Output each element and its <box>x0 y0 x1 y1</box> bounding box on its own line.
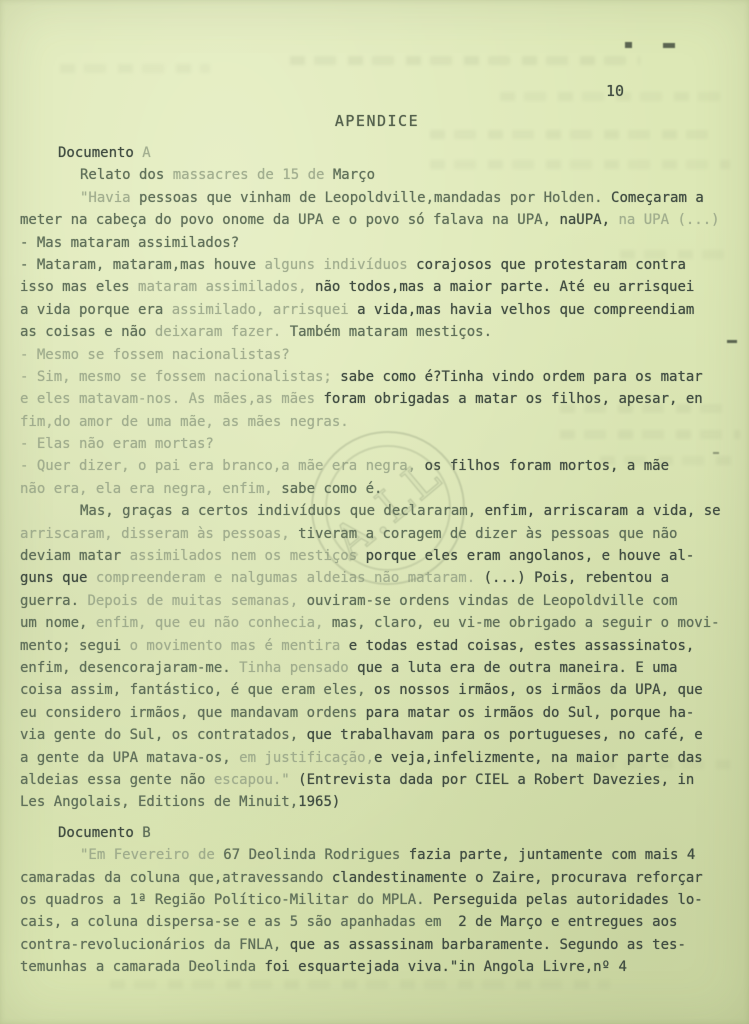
text-line: contra-revolucionários da FNLA, que as a… <box>20 934 734 956</box>
text-segment: sabe como é?Tinha vindo ordem para os ma… <box>340 369 702 385</box>
text-line: Mas, graças a certos indivíduos que decl… <box>20 500 734 522</box>
text-line: - Elas não eram mortas? <box>20 433 734 455</box>
text-line: temunhas a camarada Deolinda foi esquart… <box>20 956 734 978</box>
text-segment: arriscaram, disseram às pessoas, <box>20 526 298 542</box>
text-segment: e todas estad coisas, estes assassinatos… <box>349 638 695 654</box>
text-segment: isso mas eles <box>20 279 138 295</box>
text-segment: as coisas e não <box>20 324 155 340</box>
text-line: Documento A <box>20 142 734 164</box>
text-segment: que trabalhavam para os portugueses, no … <box>307 727 703 743</box>
bleed-through-mark <box>60 64 210 73</box>
text-segment: assimilado, arrisquei <box>172 302 357 318</box>
text-segment: compreenderam e nalgumas aldeias não mat… <box>96 570 484 586</box>
text-segment: a vida,mas havia velhos que compreendiam <box>357 302 694 318</box>
text-segment: os quadros a 1ª Região Político-Militar … <box>20 892 433 908</box>
text-segment: 2 de Março e entregues aos <box>458 914 677 930</box>
text-line: um nome, enfim, que eu não conhecia, mas… <box>20 612 734 634</box>
text-line: "Em Fevereiro de 67 Deolinda Rodrigues f… <box>20 844 734 866</box>
text-segment: um nome, <box>20 615 96 631</box>
text-line: e eles matavam-nos. As mães,as mães fora… <box>20 388 734 410</box>
text-line: coisa assim, fantástico, é que eram eles… <box>20 679 734 701</box>
text-line: a gente da UPA matava-os, em justificaçã… <box>20 747 734 769</box>
page-title: APENDICE <box>20 112 734 130</box>
text-segment: mas, claro, eu vi-me obrigado a seguir o… <box>332 615 720 631</box>
text-line: arriscaram, disseram às pessoas, tiveram… <box>20 523 734 545</box>
text-line: aldeias essa gente não escapou." (Entrev… <box>20 769 734 791</box>
text-line: - Mataram, mataram,mas houve alguns indi… <box>20 254 734 276</box>
text-segment: Começaram a <box>611 190 704 206</box>
text-line: eu considero irmãos, que mandavam ordens… <box>20 702 734 724</box>
text-segment: Também mataram mestiços. <box>290 324 492 340</box>
text-segment: A <box>142 145 150 161</box>
bleed-through-mark <box>110 980 610 989</box>
text-segment: foi esquartejada viva."in Angola Livre,n… <box>264 959 626 975</box>
text-segment: - Sim, mesmo se fossem nacionalistas; <box>20 369 340 385</box>
text-segment: foram obrigadas a matar os filhos, apesa… <box>323 391 702 407</box>
text-segment: fazia parte, juntamente com mais 4 <box>409 847 696 863</box>
text-line: "Havia pessoas que vinham de Leopoldvill… <box>20 187 734 209</box>
document-lines: Documento ARelato dos massacres de 15 de… <box>20 142 734 978</box>
text-segment: aldeias essa gente não <box>20 772 214 788</box>
text-segment: Documento <box>58 145 142 161</box>
text-segment: camaradas da coluna que,atravessando <box>20 870 332 886</box>
text-segment: alguns indivíduos <box>264 257 416 273</box>
text-segment: Março <box>333 167 375 183</box>
text-segment: corajosos que protestaram contra <box>416 257 686 273</box>
ink-speck <box>625 42 632 48</box>
text-segment: não todos,mas a maior parte. Até eu arri… <box>315 279 694 295</box>
text-segment: enfim, desencorajaram-me. <box>20 660 239 676</box>
text-segment: - Elas não eram mortas? <box>20 436 214 452</box>
text-segment: deviam matar <box>20 548 130 564</box>
text-segment: na UPA (...) <box>618 212 719 228</box>
text-line: os quadros a 1ª Região Político-Militar … <box>20 889 734 911</box>
text-segment: escapou." <box>214 772 298 788</box>
text-segment: os filhos foram mortos, a mãe <box>425 458 669 474</box>
text-segment: os nossos irmãos, os irmãos da UPA, que <box>374 682 703 698</box>
text-segment: B <box>142 825 150 841</box>
text-segment: clandestinamente o Zaire, procurava refo… <box>332 870 703 886</box>
text-segment: que as assassinam barbaramente. Segundo … <box>290 937 686 953</box>
text-line: Les Angolais, Editions de Minuit,1965) <box>20 791 734 813</box>
text-line: as coisas e não deixaram fazer. Também m… <box>20 321 734 343</box>
text-segment: assimilados nem os mestiços <box>130 548 366 564</box>
text-line: deviam matar assimilados nem os mestiços… <box>20 545 734 567</box>
text-segment: 67 Deolinda Rodrigues <box>223 847 408 863</box>
text-segment: - Mas mataram assimilados? <box>20 235 239 251</box>
text-segment: e eles matavam-nos. As mães,as mães <box>20 391 323 407</box>
text-segment: (Entrevista dada por CIEL a Robert Davez… <box>298 772 694 788</box>
text-line: cais, a coluna dispersa-se e as 5 são ap… <box>20 911 734 933</box>
text-segment: que a luta era de outra maneira. E uma <box>357 660 677 676</box>
page-number: 10 <box>606 82 624 100</box>
text-segment: em justificação, <box>239 750 374 766</box>
text-line: enfim, desencorajaram-me. Tinha pensado … <box>20 657 734 679</box>
document-page: 10 APENDICE Documento ARelato dos massac… <box>0 0 749 1024</box>
text-segment: Les Angolais, Editions de Minuit, <box>20 794 298 810</box>
text-segment: Mas, graças a certos indivíduos que decl… <box>80 503 485 519</box>
text-segment: ouviram-se ordens vindas de Leopoldville… <box>307 593 678 609</box>
text-segment: massacres de 15 de <box>173 167 333 183</box>
text-segment: pessoas que vinham de Leopoldville,manda… <box>139 190 611 206</box>
text-segment: 1965) <box>298 794 340 810</box>
text-segment: enfim, que eu não conhecia, <box>96 615 332 631</box>
ink-speck <box>663 43 675 48</box>
text-segment: para matar os irmãos do Sul, porque ha- <box>366 705 695 721</box>
document-content: APENDICE Documento ARelato dos massacres… <box>20 112 734 978</box>
text-line: fim,do amor de uma mãe, as mães negras. <box>20 411 734 433</box>
text-line: - Sim, mesmo se fossem nacionalistas; sa… <box>20 366 734 388</box>
text-segment: o movimento mas é mentira <box>130 638 349 654</box>
text-segment: a gente da UPA matava-os, <box>20 750 239 766</box>
text-segment: (...) Pois, rebentou a <box>484 570 669 586</box>
text-segment: Perseguida pelas autoridades lo- <box>433 892 703 908</box>
text-segment: "Havia <box>80 190 139 206</box>
text-segment: deixaram fazer. <box>155 324 290 340</box>
text-line: - Quer dizer, o pai era branco,a mãe era… <box>20 455 734 477</box>
text-segment: cais, a coluna dispersa-se e as 5 são ap… <box>20 914 458 930</box>
text-segment: tiveram a coragem de dizer às pessoas qu… <box>298 526 677 542</box>
text-segment: "Em Fevereiro de <box>80 847 223 863</box>
text-segment: - Mesmo se fossem nacionalistas? <box>20 347 290 363</box>
text-segment: temunhas a camarada Deolinda <box>20 959 264 975</box>
text-segment: meter na cabeça do povo onome da UPA e o… <box>20 212 559 228</box>
text-segment: - Quer dizer, o pai era branco,a mãe era… <box>20 458 425 474</box>
text-line: a vida porque era assimilado, arrisquei … <box>20 299 734 321</box>
bleed-through-mark <box>290 56 640 65</box>
text-segment: porque eles eram angolanos, e houve al- <box>366 548 695 564</box>
text-line: não era, ela era negra, enfim, sabe como… <box>20 478 734 500</box>
text-segment: coisa assim, fantástico, é que eram eles… <box>20 682 374 698</box>
text-line: via gente do Sul, os contratados, que tr… <box>20 724 734 746</box>
text-line: - Mas mataram assimilados? <box>20 232 734 254</box>
text-segment: fim,do amor de uma mãe, as mães negras. <box>20 414 349 430</box>
text-segment: mento; segui <box>20 638 130 654</box>
text-line: Documento B <box>20 822 734 844</box>
text-segment: a vida porque era <box>20 302 172 318</box>
text-segment: guns que <box>20 570 96 586</box>
text-segment: - Mataram, mataram,mas houve <box>20 257 264 273</box>
text-line: guns que compreenderam e nalgumas aldeia… <box>20 567 734 589</box>
text-line: isso mas eles mataram assimilados, não t… <box>20 276 734 298</box>
text-segment: contra-revolucionários da FNLA, <box>20 937 290 953</box>
text-segment: Documento <box>58 825 142 841</box>
text-segment: não era, ela era negra, enfim, <box>20 481 281 497</box>
text-segment: mataram assimilados, <box>138 279 315 295</box>
text-segment: sabe como é. <box>281 481 382 497</box>
text-line: guerra. Depois de muitas semanas, ouvira… <box>20 590 734 612</box>
text-line: mento; segui o movimento mas é mentira e… <box>20 635 734 657</box>
text-segment: Relato dos <box>80 167 173 183</box>
text-segment: e veja,infelizmente, na maior parte das <box>374 750 703 766</box>
text-segment: enfim, arriscaram a vida, se <box>485 503 721 519</box>
text-segment: Depois de muitas semanas, <box>87 593 306 609</box>
text-segment: Tinha pensado <box>239 660 357 676</box>
text-line: camaradas da coluna que,atravessando cla… <box>20 867 734 889</box>
text-line: meter na cabeça do povo onome da UPA e o… <box>20 209 734 231</box>
text-segment: guerra. <box>20 593 87 609</box>
text-segment: naUPA, <box>559 212 618 228</box>
text-segment: eu considero irmãos, que mandavam ordens <box>20 705 366 721</box>
text-line: Relato dos massacres de 15 de Março <box>20 164 734 186</box>
text-segment: via gente do Sul, os contratados, <box>20 727 307 743</box>
text-line: - Mesmo se fossem nacionalistas? <box>20 344 734 366</box>
